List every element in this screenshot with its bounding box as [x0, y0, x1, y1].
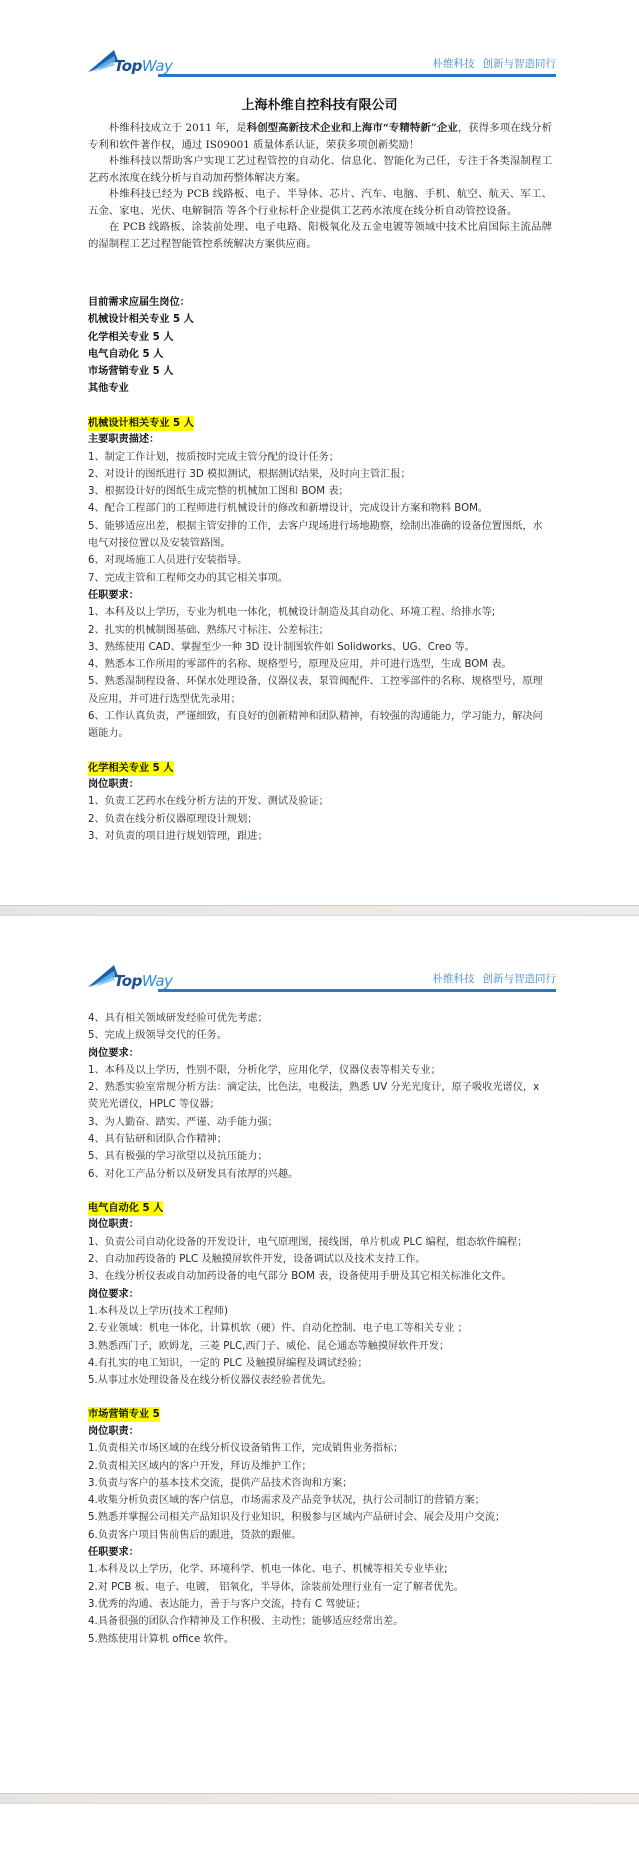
- job-title-highlight: 化学相关专业 5 人: [88, 761, 174, 776]
- duty-item: 3、根据设计好的图纸生成完整的机械加工图和 BOM 表；: [88, 483, 552, 500]
- intro-paragraph-2: 朴维科技以帮助客户实现工艺过程管控的自动化、信息化、智能化为己任，专注于各类湿制…: [88, 153, 552, 186]
- job-chem: 化学相关专业 5 人 岗位职责： 1、负责工艺药水在线分析方法的开发、测试及验证…: [88, 760, 552, 846]
- logo-way-text: Way: [142, 972, 173, 990]
- requirements-heading: 任职要求：: [88, 1544, 552, 1561]
- duties-heading: 岗位职责：: [88, 776, 552, 793]
- slogan-company: 朴维科技: [433, 58, 475, 70]
- duties-heading: 主要职责描述：: [88, 431, 552, 448]
- requirement-item: 2.对 PCB 板、电子、电镀， 铝氧化，半导体，涂装前处理行业有一定了解者优先…: [88, 1579, 552, 1596]
- slogan-motto: 创新与智造同行: [483, 973, 557, 985]
- requirement-item: 6、对化工产品分析以及研发具有浓厚的兴趣。: [88, 1166, 552, 1183]
- job-title-highlight: 市场营销专业 5: [88, 1407, 160, 1422]
- header-rule: [158, 989, 556, 992]
- intro-paragraph-1: 朴维科技成立于 2011 年，是科创型高新技术企业和上海市“专精特新”企业，获得…: [88, 120, 552, 153]
- opening-item: 电气自动化 5 人: [88, 346, 552, 363]
- company-intro: 朴维科技成立于 2011 年，是科创型高新技术企业和上海市“专精特新”企业，获得…: [88, 120, 552, 252]
- logo-text: TopWay: [114, 972, 172, 990]
- duty-item: 3、在线分析仪表或自动加药设备的电气部分 BOM 表，设备使用手册及其它相关标准…: [88, 1268, 552, 1285]
- logo-top-text: Top: [114, 972, 142, 990]
- requirement-item: 1、本科及以上学历，性别不限，分析化学，应用化学，仪器仪表等相关专业；: [88, 1062, 552, 1079]
- requirement-item: 5.熟练使用计算机 office 软件。: [88, 1631, 552, 1648]
- slogan-motto: 创新与智造同行: [483, 58, 557, 70]
- topway-logo: TopWay: [88, 46, 178, 76]
- page2-content: 4、具有相关领域研发经验可优先考虑； 5、完成上级领导交代的任务。 岗位要求： …: [88, 1010, 552, 1648]
- requirement-item: 4.有扎实的电工知识，一定的 PLC 及触摸屏编程及调试经验；: [88, 1355, 552, 1372]
- requirement-item: 3.熟悉西门子，欧姆龙，三菱 PLC,西门子、威伦、昆仑通态等触摸屏软件开发；: [88, 1338, 552, 1355]
- duty-item: 4、具有相关领域研发经验可优先考虑；: [88, 1010, 552, 1027]
- document-page-1: TopWay 朴维科技创新与智造同行 上海朴维自控科技有限公司 朴维科技成立于 …: [0, 0, 639, 906]
- page-header: TopWay 朴维科技创新与智造同行: [88, 46, 556, 82]
- job-title-highlight: 电气自动化 5 人: [88, 1201, 163, 1216]
- openings-section: 目前需求应届生岗位： 机械设计相关专业 5 人 化学相关专业 5 人 电气自动化…: [88, 294, 552, 845]
- duty-item: 4.收集分析负责区域的客户信息，市场需求及产品竞争状况，执行公司制订的营销方案；: [88, 1492, 552, 1509]
- document-page-3-top: [0, 1804, 639, 1854]
- duties-heading: 岗位职责：: [88, 1216, 552, 1233]
- duty-item: 6、对现场施工人员进行安装指导。: [88, 552, 552, 569]
- logo-top-text: Top: [114, 57, 142, 75]
- duty-item: 7、完成主管和工程师交办的其它相关事项。: [88, 570, 552, 587]
- duty-item: 3.负责与客户的基本技术交流，提供产品技术咨询和方案；: [88, 1475, 552, 1492]
- slogan-company: 朴维科技: [433, 973, 475, 985]
- requirement-item: 2、熟悉实验室常规分析方法：滴定法，比色法，电极法，熟悉 UV 分光光度计，原子…: [88, 1079, 552, 1114]
- duty-item: 1、负责工艺药水在线分析方法的开发、测试及验证；: [88, 793, 552, 810]
- requirement-item: 5、具有极强的学习欲望以及抗压能力；: [88, 1148, 552, 1165]
- requirements-heading: 任职要求：: [88, 587, 552, 604]
- intro-paragraph-4: 在 PCB 线路板、涂装前处理、电子电路、阳极氧化及五金电镀等领域中技术比肩国际…: [88, 219, 552, 252]
- job-elec: 电气自动化 5 人 岗位职责： 1、负责公司自动化设备的开发设计，电气原理图，接…: [88, 1200, 552, 1389]
- page-separator: [0, 905, 639, 916]
- duty-item: 2、对设计的图纸进行 3D 模拟测试，根据测试结果，及时向主管汇报；: [88, 466, 552, 483]
- intro-text: 朴维科技成立于 2011 年，是: [109, 122, 247, 134]
- header-slogan: 朴维科技创新与智造同行: [433, 56, 557, 71]
- requirement-item: 5.从事过水处理设备及在线分析仪器仪表经验者优先。: [88, 1372, 552, 1389]
- topway-logo: TopWay: [88, 961, 178, 991]
- requirement-item: 4.具备很强的团队合作精神及工作积极、主动性；能够适应经常出差。: [88, 1613, 552, 1630]
- logo-way-text: Way: [142, 57, 173, 75]
- header-slogan: 朴维科技创新与智造同行: [433, 971, 557, 986]
- opening-item: 机械设计相关专业 5 人: [88, 311, 552, 328]
- opening-item: 市场营销专业 5 人: [88, 363, 552, 380]
- duty-item: 1、制定工作计划，按质按时完成主管分配的设计任务；: [88, 449, 552, 466]
- requirement-item: 3.优秀的沟通、表达能力，善于与客户交流，持有 C 驾驶证；: [88, 1596, 552, 1613]
- document-page-2: TopWay 朴维科技创新与智造同行 4、具有相关领域研发经验可优先考虑； 5、…: [0, 916, 639, 1793]
- company-title: 上海朴维自控科技有限公司: [0, 94, 639, 113]
- duty-item: 2、负责在线分析仪器原理设计规划；: [88, 811, 552, 828]
- intro-paragraph-3: 朴维科技已经为 PCB 线路板、电子、半导体、芯片、汽车、电脑、手机、航空、航天…: [88, 186, 552, 219]
- intro-highlight-text: 科创型高新技术企业和上海市“专精特新”企业: [247, 122, 458, 134]
- duty-item: 2、自动加药设备的 PLC 及触摸屏软件开发，设备调试以及技术支持工作。: [88, 1251, 552, 1268]
- requirement-item: 1.本科及以上学历，化学、环境科学、机电一体化、电子、机械等相关专业毕业;: [88, 1561, 552, 1578]
- job-mech: 机械设计相关专业 5 人 主要职责描述： 1、制定工作计划，按质按时完成主管分配…: [88, 415, 552, 743]
- logo-text: TopWay: [114, 57, 172, 75]
- duty-item: 1、负责公司自动化设备的开发设计，电气原理图，接线图，单片机或 PLC 编程，组…: [88, 1234, 552, 1251]
- requirement-item: 5、熟悉湿制程设备、环保水处理设备，仪器仪表，泵管阀配件、工控零部件的名称、规格…: [88, 673, 552, 708]
- duty-item: 5、能够适应出差，根据主管安排的工作，去客户现场进行场地勘察，绘制出准确的设备位…: [88, 518, 552, 553]
- opening-item: 其他专业: [88, 380, 552, 397]
- requirements-heading: 岗位要求：: [88, 1286, 552, 1303]
- job-title-highlight: 机械设计相关专业 5 人: [88, 416, 194, 431]
- opening-item: 化学相关专业 5 人: [88, 329, 552, 346]
- duty-item: 2.负责相关区域内的客户开发，拜访及维护工作；: [88, 1458, 552, 1475]
- openings-heading: 目前需求应届生岗位：: [88, 294, 552, 311]
- requirement-item: 4、熟悉本工作所用的零部件的名称、规格型号，原理及应用，并可进行选型，生成 BO…: [88, 656, 552, 673]
- requirement-item: 2.专业领域：机电一体化，计算机软（硬）件、自动化控制、电子电工等相关专业 ；: [88, 1320, 552, 1337]
- duty-item: 4、配合工程部门的工程师进行机械设计的修改和新增设计，完成设计方案和物料 BOM…: [88, 500, 552, 517]
- requirement-item: 3、为人勤奋、踏实、严谨、动手能力强；: [88, 1114, 552, 1131]
- requirement-item: 1、本科及以上学历，专业为机电一体化，机械设计制造及其自动化、环境工程、给排水等…: [88, 604, 552, 621]
- requirement-item: 6、工作认真负责，严谨细致，有良好的创新精神和团队精神，有较强的沟通能力，学习能…: [88, 708, 552, 743]
- requirements-heading: 岗位要求：: [88, 1045, 552, 1062]
- job-sales: 市场营销专业 5 岗位职责： 1.负责相关市场区域的在线分析仪设备销售工作，完成…: [88, 1406, 552, 1647]
- requirement-item: 3、熟练使用 CAD、掌握至少一种 3D 设计制图软件如 Solidworks、…: [88, 639, 552, 656]
- requirement-item: 1.本科及以上学历(技术工程师): [88, 1303, 552, 1320]
- duty-item: 5、完成上级领导交代的任务。: [88, 1027, 552, 1044]
- duty-item: 3、对负责的项目进行规划管理，跟进；: [88, 828, 552, 845]
- page-header: TopWay 朴维科技创新与智造同行: [88, 961, 556, 997]
- duty-item: 6.负责客户项目售前售后的跟进，货款的跟催。: [88, 1527, 552, 1544]
- page-separator: [0, 1793, 639, 1804]
- duty-item: 5.熟悉并掌握公司相关产品知识及行业知识，积极参与区域内产品研讨会、展会及用户交…: [88, 1509, 552, 1526]
- requirement-item: 2、扎实的机械制图基础、熟练尺寸标注、公差标注；: [88, 622, 552, 639]
- duty-item: 1.负责相关市场区域的在线分析仪设备销售工作，完成销售业务指标；: [88, 1440, 552, 1457]
- header-rule: [158, 74, 556, 77]
- duties-heading: 岗位职责：: [88, 1423, 552, 1440]
- requirement-item: 4、具有钻研和团队合作精神；: [88, 1131, 552, 1148]
